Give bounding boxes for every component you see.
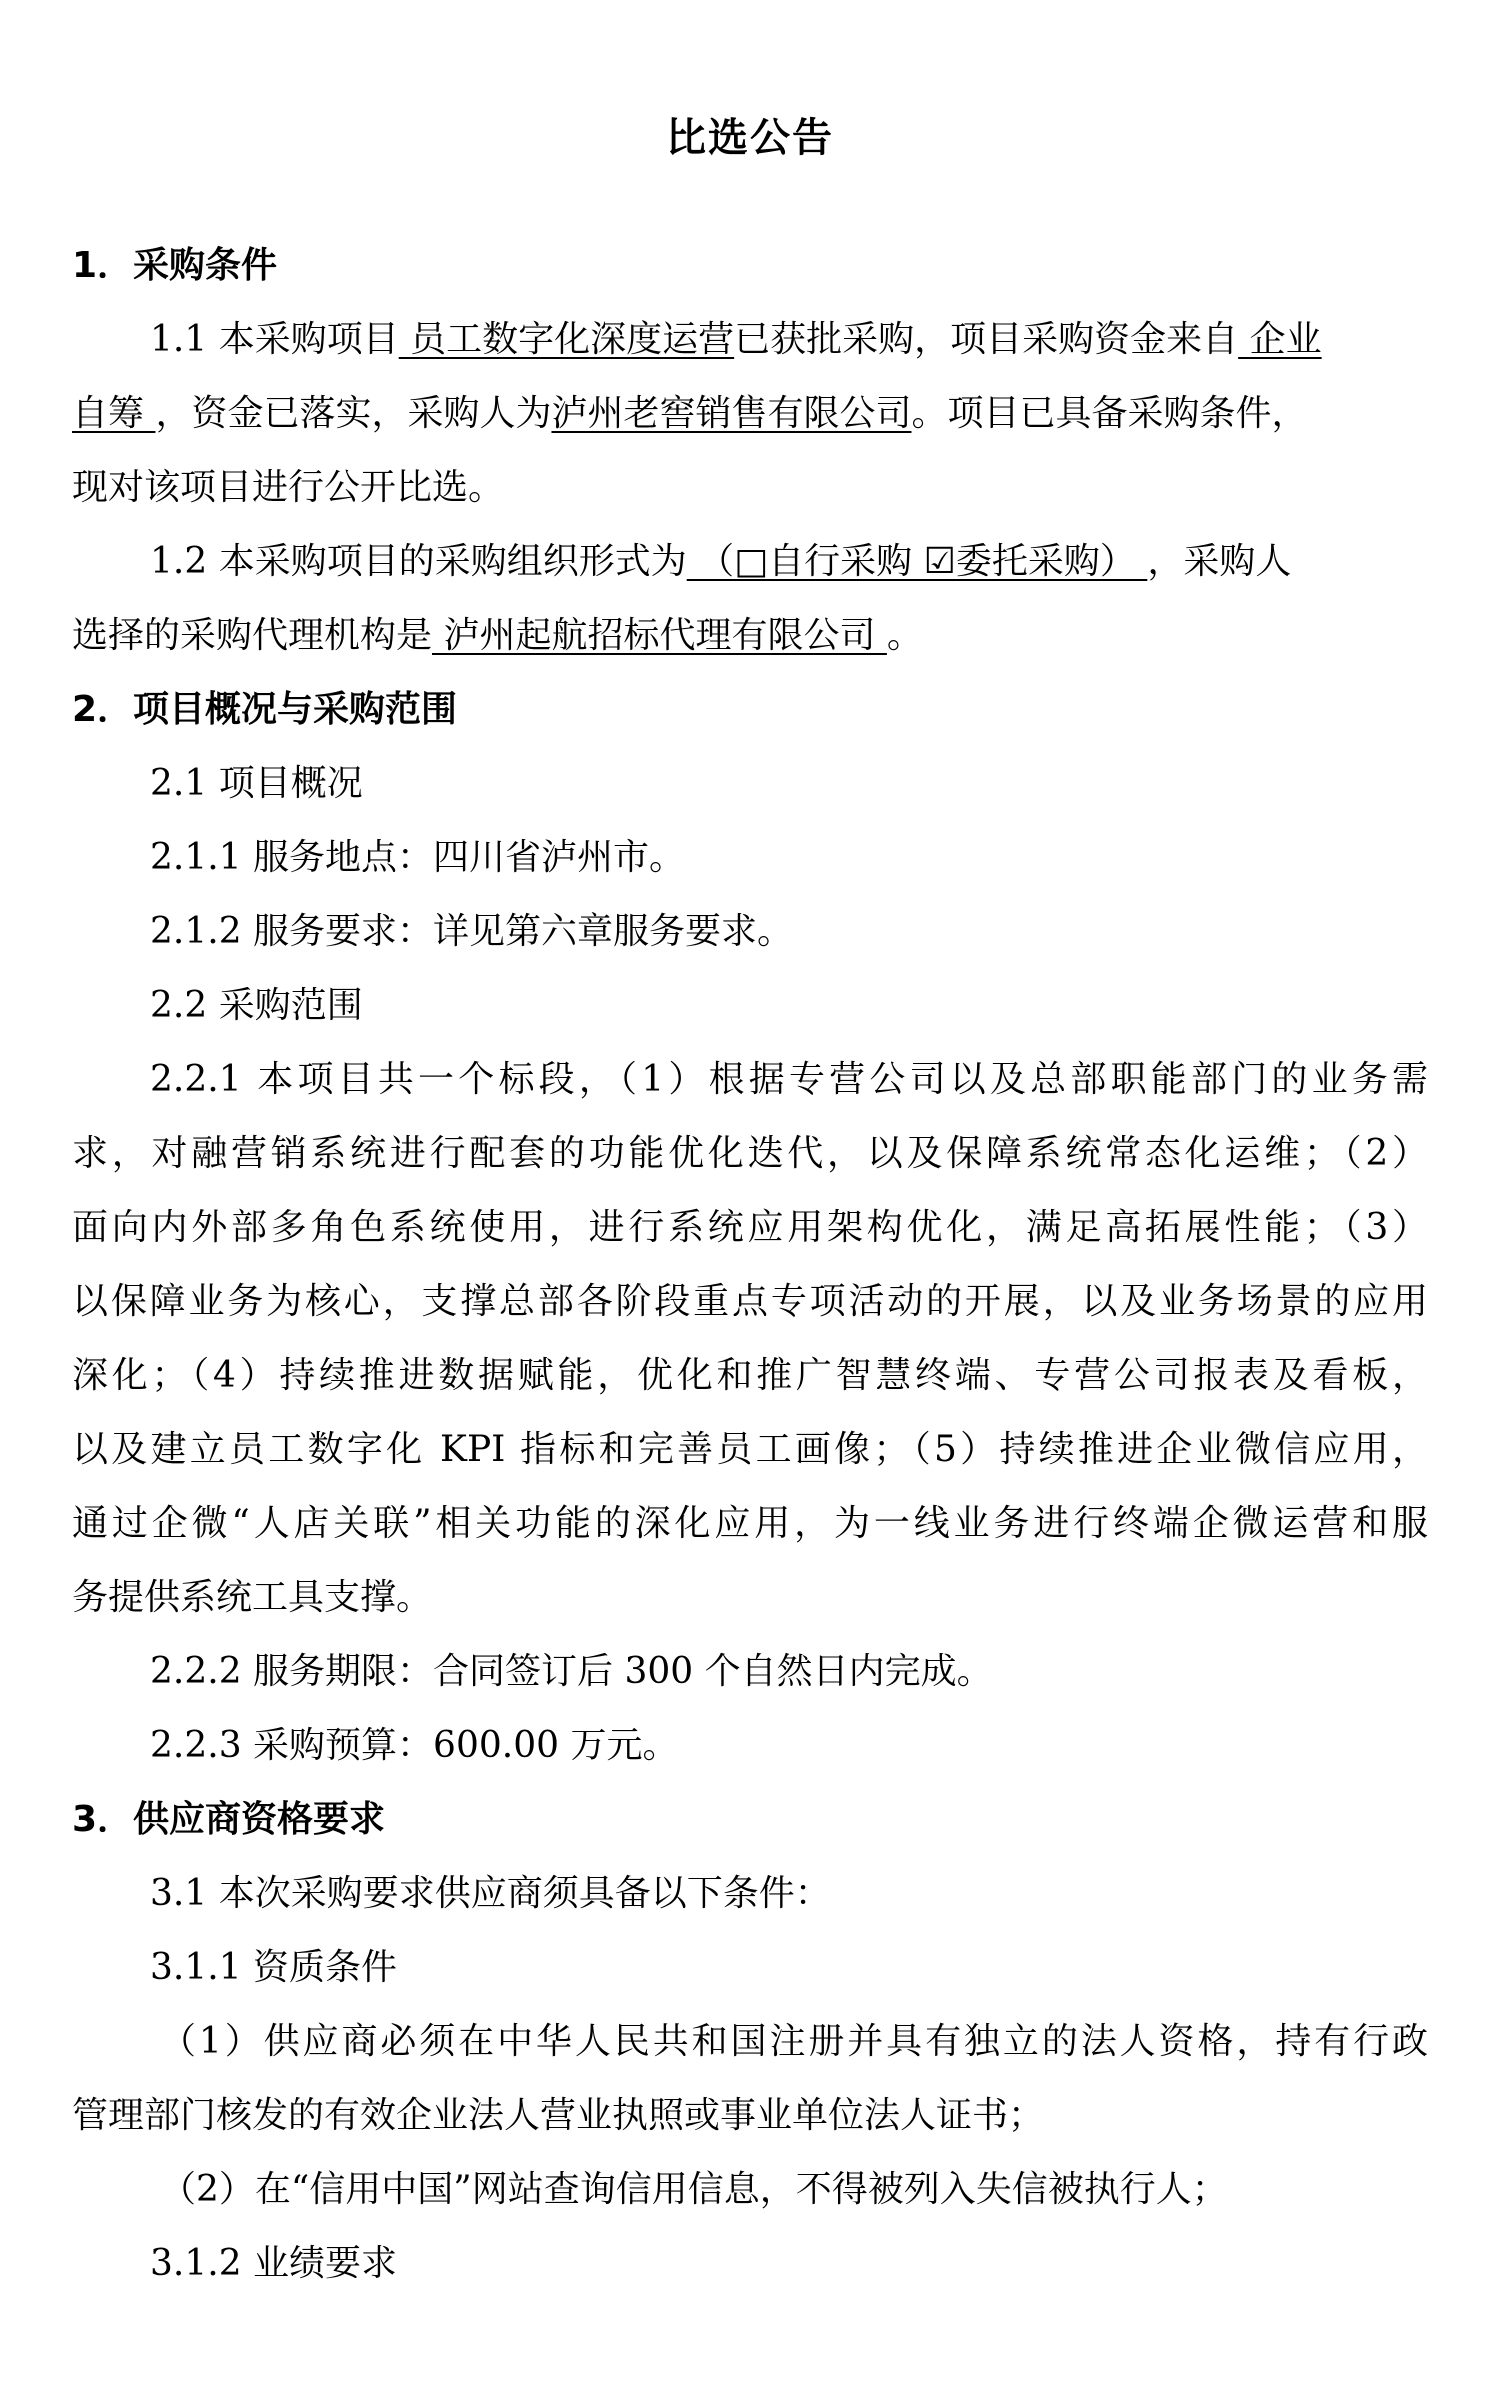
text: 。项目已具备采购条件，: [911, 393, 1307, 434]
sub-2-2: 2.2 采购范围: [150, 984, 1428, 1028]
para-1-2-line-1: 1.2 本采购项目的采购组织形式为 （□自行采购 ☑委托采购） ，采购人: [150, 540, 1428, 584]
sub-2-2-1-line: 面向内外部多角色系统使用，进行系统应用架构优化，满足高拓展性能；（3）: [72, 1206, 1428, 1250]
sub-2-2-3: 2.2.3 采购预算：600.00 万元。: [150, 1724, 1428, 1768]
fund-source-cont: 自筹: [72, 393, 155, 434]
sub-2-2-1-line: 求，对融营销系统进行配套的功能优化迭代，以及保障系统常态化运维；（2）: [72, 1132, 1428, 1176]
sub-2-2-2: 2.2.2 服务期限：合同签订后 300 个自然日内完成。: [150, 1650, 1428, 1694]
para-1-1-line-2: 自筹 ，资金已落实，采购人为泸州老窖销售有限公司。项目已具备采购条件，: [72, 392, 1428, 436]
para-1-1-line-1: 1.1 本采购项目 员工数字化深度运营已获批采购，项目采购资金来自 企业: [150, 318, 1428, 362]
text: ，资金已落实，采购人为: [155, 393, 551, 434]
text: 已获批采购，项目采购资金来自: [734, 319, 1238, 360]
sub-2-2-1-line: 2.2.1 本项目共一个标段，（1）根据专营公司以及总部职能部门的业务需: [150, 1058, 1428, 1102]
document-page: 比选公告 1．采购条件 1.1 本采购项目 员工数字化深度运营已获批采购，项目采…: [0, 0, 1500, 2406]
qualification-item-2: （2）在“信用中国”网站查询信用信息，不得被列入失信被执行人；: [160, 2168, 1428, 2212]
text: ，采购人: [1147, 541, 1291, 582]
fund-source: 企业: [1238, 319, 1321, 360]
sub-2-2-1-line: 通过企微“人店关联”相关功能的深化应用，为一线业务进行终端企微运营和服: [72, 1502, 1428, 1546]
text: 。: [887, 615, 923, 656]
para-1-2-line-2: 选择的采购代理机构是 泸州起航招标代理有限公司 。: [72, 614, 1428, 658]
sub-3-1: 3.1 本次采购要求供应商须具备以下条件：: [150, 1872, 1428, 1916]
section-2-heading: 2．项目概况与采购范围: [72, 688, 1428, 732]
page-title: 比选公告: [0, 106, 1500, 163]
text: 选择的采购代理机构是: [72, 615, 432, 656]
buyer-name: 泸州老窖销售有限公司: [551, 393, 911, 434]
project-name: 员工数字化深度运营: [399, 319, 734, 360]
section-1-heading: 1．采购条件: [72, 244, 1428, 288]
agency-name: 泸州起航招标代理有限公司: [432, 615, 887, 656]
text: 1.1 本采购项目: [150, 319, 399, 360]
text: 1.2 本采购项目的采购组织形式为: [150, 541, 687, 582]
section-3-heading: 3．供应商资格要求: [72, 1798, 1428, 1842]
para-1-1-line-3: 现对该项目进行公开比选。: [72, 466, 1428, 510]
qualification-item-1-cont: 管理部门核发的有效企业法人营业执照或事业单位法人证书；: [72, 2094, 1428, 2138]
sub-2-1-2: 2.1.2 服务要求：详见第六章服务要求。: [150, 910, 1428, 954]
sub-2-2-1-line: 以保障业务为核心，支撑总部各阶段重点专项活动的开展，以及业务场景的应用: [72, 1280, 1428, 1324]
sub-2-2-1-line: 深化；（4）持续推进数据赋能，优化和推广智慧终端、专营公司报表及看板，: [72, 1354, 1428, 1398]
qualification-item-1: （1）供应商必须在中华人民共和国注册并具有独立的法人资格，持有行政: [160, 2020, 1428, 2064]
sub-2-1: 2.1 项目概况: [150, 762, 1428, 806]
sub-2-2-1-line: 务提供系统工具支撑。: [72, 1576, 1428, 1620]
sub-2-2-1-line: 以及建立员工数字化 KPI 指标和完善员工画像；（5）持续推进企业微信应用，: [72, 1428, 1428, 1472]
sub-3-1-1: 3.1.1 资质条件: [150, 1946, 1428, 1990]
procurement-form: （□自行采购 ☑委托采购）: [687, 541, 1148, 582]
sub-3-1-2: 3.1.2 业绩要求: [150, 2242, 1428, 2286]
sub-2-1-1: 2.1.1 服务地点：四川省泸州市。: [150, 836, 1428, 880]
